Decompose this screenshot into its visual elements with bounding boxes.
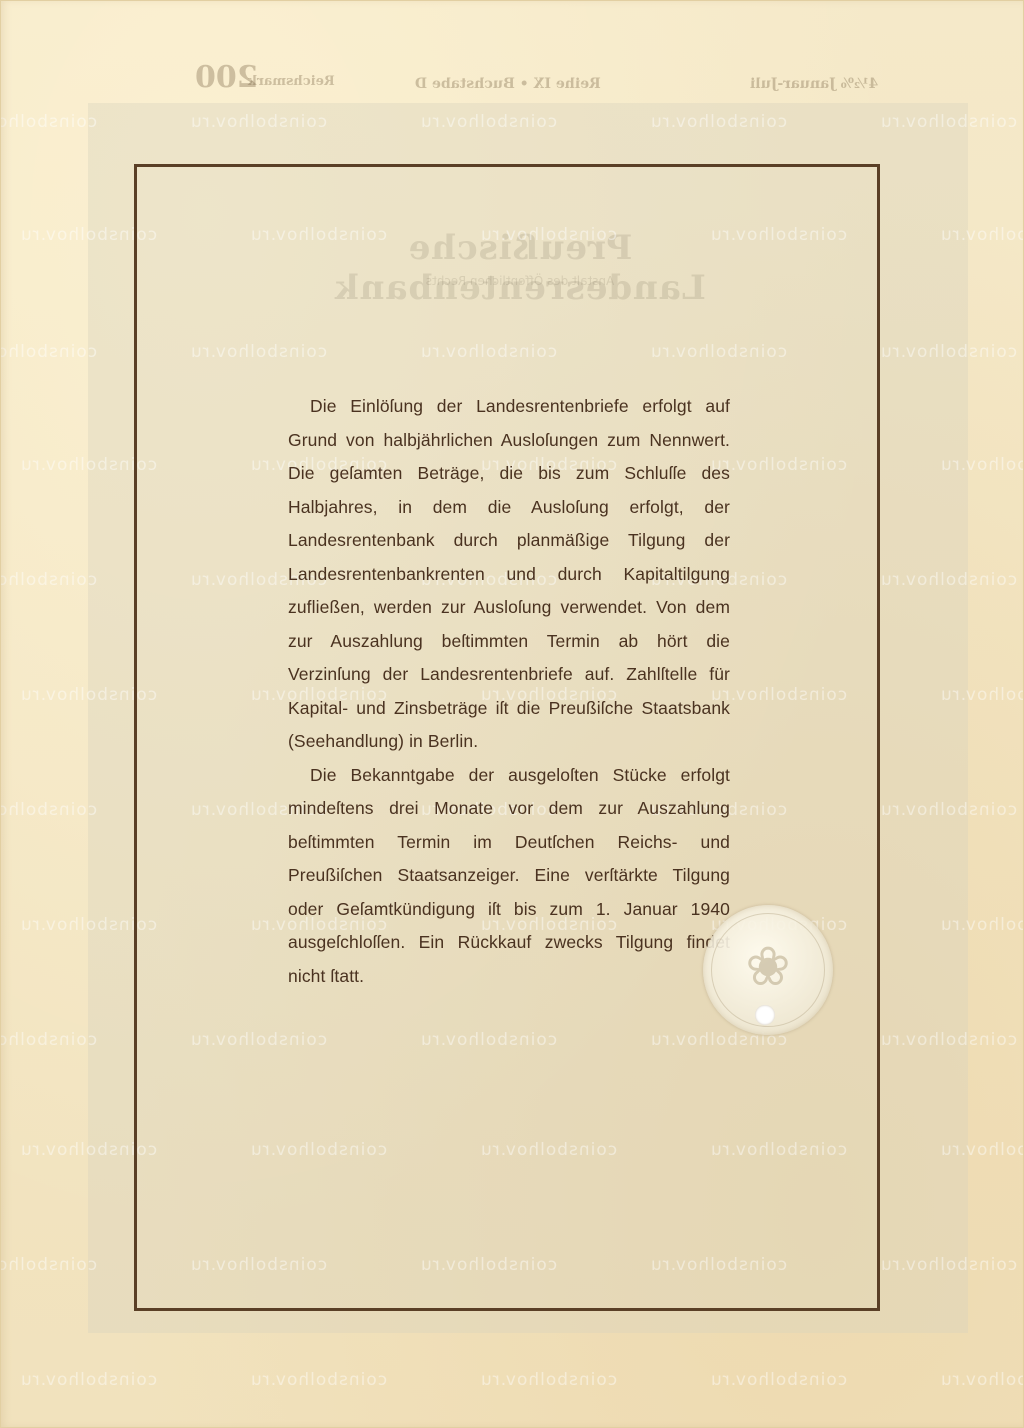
watermark-text: coinsbolhov.ru: [0, 1255, 97, 1275]
watermark-text: coinsbolhov.ru: [20, 1370, 157, 1390]
punch-hole: [755, 1005, 775, 1025]
terms-paragraph-announcement: Die Bekanntgabe der ausgeloſten Stücke e…: [288, 759, 730, 994]
watermark-text: coinsbolhov.ru: [0, 342, 97, 362]
watermark-text: coinsbolhov.ru: [480, 1370, 617, 1390]
terms-paragraph-redemption: Die Einlöſung der Landesrentenbriefe erf…: [288, 390, 730, 759]
embossed-seal: ❀: [703, 905, 833, 1035]
watermark-text: coinsbolhov.ru: [0, 570, 97, 590]
watermark-text: coinsbolhov.ru: [880, 1255, 1017, 1275]
watermark-text: coinsbolhov.ru: [420, 112, 557, 132]
watermark-text: coinsbolhov.ru: [880, 800, 1017, 820]
watermark-text: coinsbolhov.ru: [0, 112, 97, 132]
watermark-text: coinsbolhov.ru: [940, 1370, 1024, 1390]
eagle-emblem-icon: ❀: [703, 935, 833, 998]
ghost-rate: 4½% Januar-Juli: [750, 76, 878, 92]
header-bleedthrough: 200 Reichsmark Reihe IX • Buchstabe D 4½…: [0, 70, 1024, 104]
watermark-text: coinsbolhov.ru: [880, 342, 1017, 362]
watermark-text: coinsbolhov.ru: [940, 1140, 1024, 1160]
watermark-text: coinsbolhov.ru: [710, 1370, 847, 1390]
watermark-text: coinsbolhov.ru: [940, 455, 1024, 475]
watermark-text: coinsbolhov.ru: [940, 685, 1024, 705]
watermark-text: coinsbolhov.ru: [190, 112, 327, 132]
ghost-currency: Reichsmark: [248, 74, 335, 89]
watermark-text: coinsbolhov.ru: [650, 112, 787, 132]
terms-text: Die Einlöſung der Landesrentenbriefe erf…: [288, 390, 730, 993]
ghost-series: Reihe IX • Buchstabe D: [415, 76, 601, 92]
watermark-text: coinsbolhov.ru: [250, 1370, 387, 1390]
watermark-text: coinsbolhov.ru: [0, 800, 97, 820]
watermark-text: coinsbolhov.ru: [880, 1030, 1017, 1050]
watermark-text: coinsbolhov.ru: [880, 570, 1017, 590]
watermark-text: coinsbolhov.ru: [940, 225, 1024, 245]
watermark-text: coinsbolhov.ru: [880, 112, 1017, 132]
watermark-text: coinsbolhov.ru: [940, 915, 1024, 935]
watermark-text: coinsbolhov.ru: [0, 1030, 97, 1050]
